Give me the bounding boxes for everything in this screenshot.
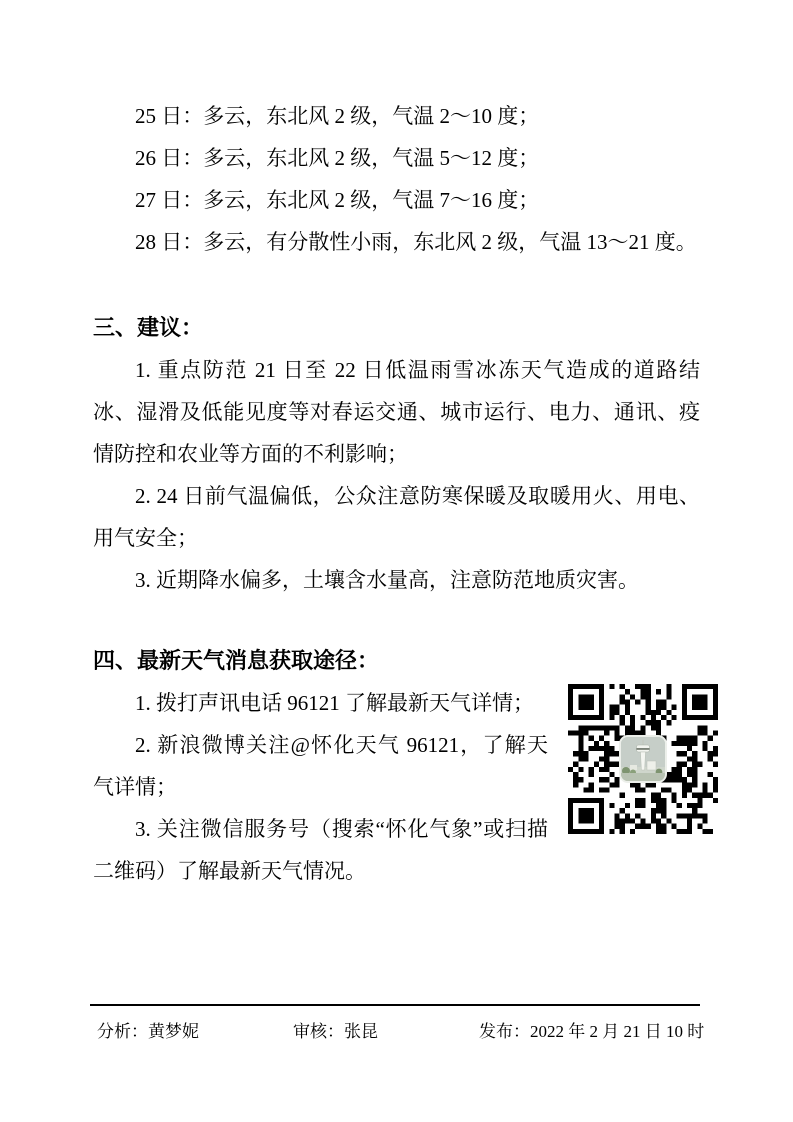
footer-reviewer: 审核：张昆 xyxy=(293,1017,378,1042)
advice-item: 3. 近期降水偏多，土壤含水量高，注意防范地质灾害。 xyxy=(93,559,700,601)
footer-issued: 发布：2022 年 2 月 21 日 10 时 xyxy=(479,1017,704,1042)
forecast-line: 25 日：多云，东北风 2 级，气温 2～10 度； xyxy=(93,95,700,137)
section-three-heading: 三、建议： xyxy=(93,307,700,349)
advice-item: 2. 24 日前气温偏低，公众注意防寒保暖及取暖用火、用电、用气安全； xyxy=(93,475,700,559)
page-footer: 分析：黄梦妮 审核：张昆 发布：2022 年 2 月 21 日 10 时 xyxy=(90,1004,700,1052)
wechat-qr-code xyxy=(568,684,718,834)
section-four-heading: 四、最新天气消息获取途径： xyxy=(93,640,700,682)
radar-tower-logo-icon xyxy=(619,735,667,783)
forecast-line: 28 日：多云，有分散性小雨，东北风 2 级，气温 13～21 度。 xyxy=(93,221,700,263)
document-body: 25 日：多云，东北风 2 级，气温 2～10 度； 26 日：多云，东北风 2… xyxy=(93,95,700,892)
advice-item: 1. 重点防范 21 日至 22 日低温雨雪冰冻天气造成的道路结冰、湿滑及低能见… xyxy=(93,349,700,475)
footer-analyst: 分析：黄梦妮 xyxy=(97,1017,199,1042)
document-page: 25 日：多云，东北风 2 级，气温 2～10 度； 26 日：多云，东北风 2… xyxy=(0,0,793,1122)
forecast-line: 27 日：多云，东北风 2 级，气温 7～16 度； xyxy=(93,179,700,221)
forecast-line: 26 日：多云，东北风 2 级，气温 5～12 度； xyxy=(93,137,700,179)
